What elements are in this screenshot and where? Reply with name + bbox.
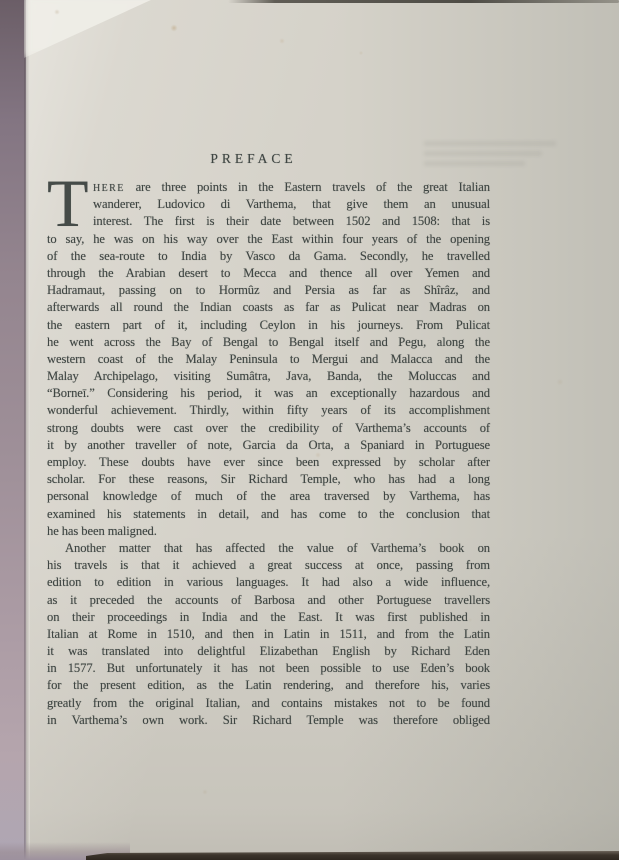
paragraph2-body: his travels is that it achieved a great … <box>47 557 490 712</box>
text-line: wanderer, Ludovico di Varthema, that giv… <box>47 196 490 213</box>
text-line: Hadramaut, passing on to Hormûz and Pers… <box>47 282 490 299</box>
text-line: “Borneī.” Considering his period, it was… <box>47 385 490 402</box>
book-bottom-edge <box>86 851 619 860</box>
text-line: the eastern part of it, including Ceylon… <box>47 317 490 334</box>
paragraph1-body: to say, he was on his way over the East … <box>47 231 490 523</box>
text-line: strong doubts were cast over the credibi… <box>47 420 490 437</box>
text-line: interest. The first is their date betwee… <box>47 213 490 230</box>
text-line: as it preceded the accounts of Barbosa a… <box>47 592 490 609</box>
text-line: Another matter that has affected the val… <box>47 540 490 557</box>
text-line: afterwards all round the Indian coasts a… <box>47 299 490 316</box>
page-corner-curl-highlight <box>24 0 164 58</box>
text-line: for the present edition, as the Latin re… <box>47 677 490 694</box>
text-line: HERE are three points in the Eastern tra… <box>47 179 490 196</box>
text-line: scholar. For these reasons, Sir Richard … <box>47 471 490 488</box>
text-line: he went across the Bay of Bengal to Beng… <box>47 334 490 351</box>
text-line: greatly from the original Italian, and c… <box>47 695 490 712</box>
text-line: through the Arabian desert to Mecca and … <box>47 265 490 282</box>
text-line: employ. These doubts have ever since bee… <box>47 454 490 471</box>
text-line: in Varthema’s own work. Sir Richard Temp… <box>47 712 490 729</box>
show-through-text-line <box>424 141 556 146</box>
page-top-edge <box>228 0 619 3</box>
text-line: Italian at Rome in 1510, and then in Lat… <box>47 626 490 643</box>
text-line: his travels is that it achieved a great … <box>47 557 490 574</box>
text-line: examined his statements in detail, and h… <box>47 506 490 523</box>
text-column: T HERE are three points in the Eastern t… <box>47 179 490 729</box>
page-title: PREFACE <box>47 151 460 167</box>
text-line: wonderful achievement. Thirdly, within f… <box>47 402 490 419</box>
small-caps-lead: HERE <box>93 183 125 194</box>
text-line: of the sea-route to India by Vasco da Ga… <box>47 248 490 265</box>
text-line: western coast of the Malay Peninsula to … <box>47 351 490 368</box>
paragraph1-dropcap-lines: wanderer, Ludovico di Varthema, that giv… <box>47 196 490 230</box>
drop-cap: T <box>47 169 88 237</box>
text-line: in 1577. But unfortunately it has not be… <box>47 660 490 677</box>
book-page-photo: PREFACE T HERE are three points in the E… <box>0 0 619 860</box>
text-line: he has been maligned. <box>47 523 490 540</box>
text-line: it by another traveller of note, Garcia … <box>47 437 490 454</box>
text-line: it was translated into delightful Elizab… <box>47 643 490 660</box>
text-line: on their proceedings in India and the Ea… <box>47 609 490 626</box>
text-line: edition to edition in various languages.… <box>47 574 490 591</box>
text-line: personal knowledge of much of the area t… <box>47 488 490 505</box>
book-spine-edge <box>0 0 26 860</box>
text-line: Malay Archipelago, visiting Sumâtra, Jav… <box>47 368 490 385</box>
text-line: to say, he was on his way over the East … <box>47 231 490 248</box>
text-line-rest: are three points in the Eastern travels … <box>136 180 490 194</box>
